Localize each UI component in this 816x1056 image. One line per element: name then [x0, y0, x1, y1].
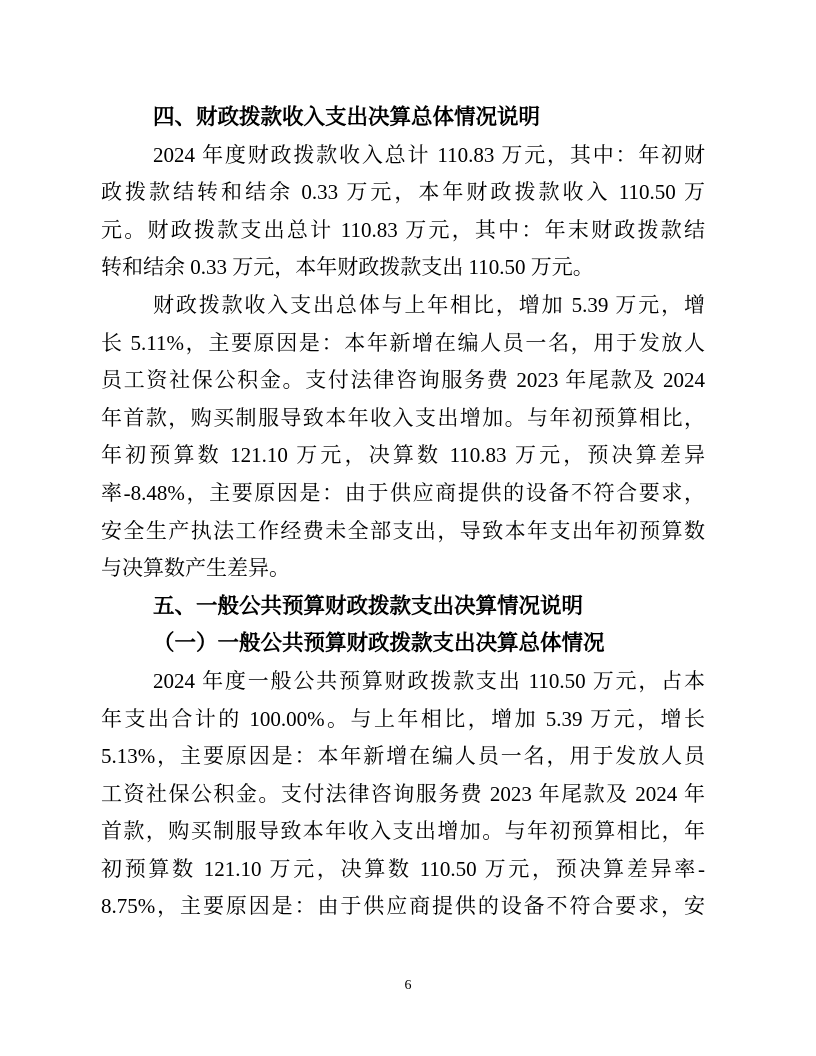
paragraph-line: 年初预算数 121.10 万元，决算数 110.83 万元，预决算差异 [101, 437, 705, 475]
page-number: 6 [405, 978, 412, 993]
page-footer: 6 [0, 977, 816, 995]
document-page: 四、财政拨款收入支出决算总体情况说明2024 年度财政拨款收入总计 110.83… [0, 0, 816, 1056]
paragraph-line: 2024 年度财政拨款收入总计 110.83 万元，其中：年初财 [101, 137, 705, 175]
paragraph-line: 初预算数 121.10 万元，决算数 110.50 万元，预决算差异率- [101, 851, 705, 889]
paragraph-line: 年首款，购买制服导致本年收入支出增加。与年初预算相比， [101, 400, 705, 438]
paragraph-line: 员工资社保公积金。支付法律咨询服务费 2023 年尾款及 2024 [101, 362, 705, 400]
document-content: 四、财政拨款收入支出决算总体情况说明2024 年度财政拨款收入总计 110.83… [101, 99, 705, 926]
paragraph-line: 与决算数产生差异。 [101, 550, 705, 588]
paragraph-line: 5.13%，主要原因是：本年新增在编人员一名，用于发放人员 [101, 738, 705, 776]
paragraph-line: 元。财政拨款支出总计 110.83 万元，其中：年末财政拨款结 [101, 212, 705, 250]
paragraph-line: 长 5.11%，主要原因是：本年新增在编人员一名，用于发放人 [101, 325, 705, 363]
paragraph-line: 首款，购买制服导致本年收入支出增加。与年初预算相比，年 [101, 813, 705, 851]
paragraph-line: 8.75%，主要原因是：由于供应商提供的设备不符合要求，安 [101, 888, 705, 926]
subsection-heading-5-1: （一）一般公共预算财政拨款支出决算总体情况 [101, 625, 705, 663]
paragraph-line: 率-8.48%，主要原因是：由于供应商提供的设备不符合要求， [101, 475, 705, 513]
paragraph-line: 安全生产执法工作经费未全部支出，导致本年支出年初预算数 [101, 513, 705, 551]
paragraph-line: 财政拨款收入支出总体与上年相比，增加 5.39 万元，增 [101, 287, 705, 325]
paragraph-fiscal-comparison: 财政拨款收入支出总体与上年相比，增加 5.39 万元，增长 5.11%，主要原因… [101, 287, 705, 588]
paragraph-line: 政拨款结转和结余 0.33 万元，本年财政拨款收入 110.50 万 [101, 174, 705, 212]
paragraph-general-budget: 2024 年度一般公共预算财政拨款支出 110.50 万元，占本年支出合计的 1… [101, 663, 705, 926]
paragraph-line: 2024 年度一般公共预算财政拨款支出 110.50 万元，占本 [101, 663, 705, 701]
paragraph-line: 年支出合计的 100.00%。与上年相比，增加 5.39 万元，增长 [101, 701, 705, 739]
section-heading-5: 五、一般公共预算财政拨款支出决算情况说明 [101, 588, 705, 626]
section-heading-4: 四、财政拨款收入支出决算总体情况说明 [101, 99, 705, 137]
paragraph-fiscal-totals: 2024 年度财政拨款收入总计 110.83 万元，其中：年初财政拨款结转和结余… [101, 137, 705, 287]
paragraph-line: 工资社保公积金。支付法律咨询服务费 2023 年尾款及 2024 年 [101, 776, 705, 814]
paragraph-line: 转和结余 0.33 万元，本年财政拨款支出 110.50 万元。 [101, 249, 705, 287]
